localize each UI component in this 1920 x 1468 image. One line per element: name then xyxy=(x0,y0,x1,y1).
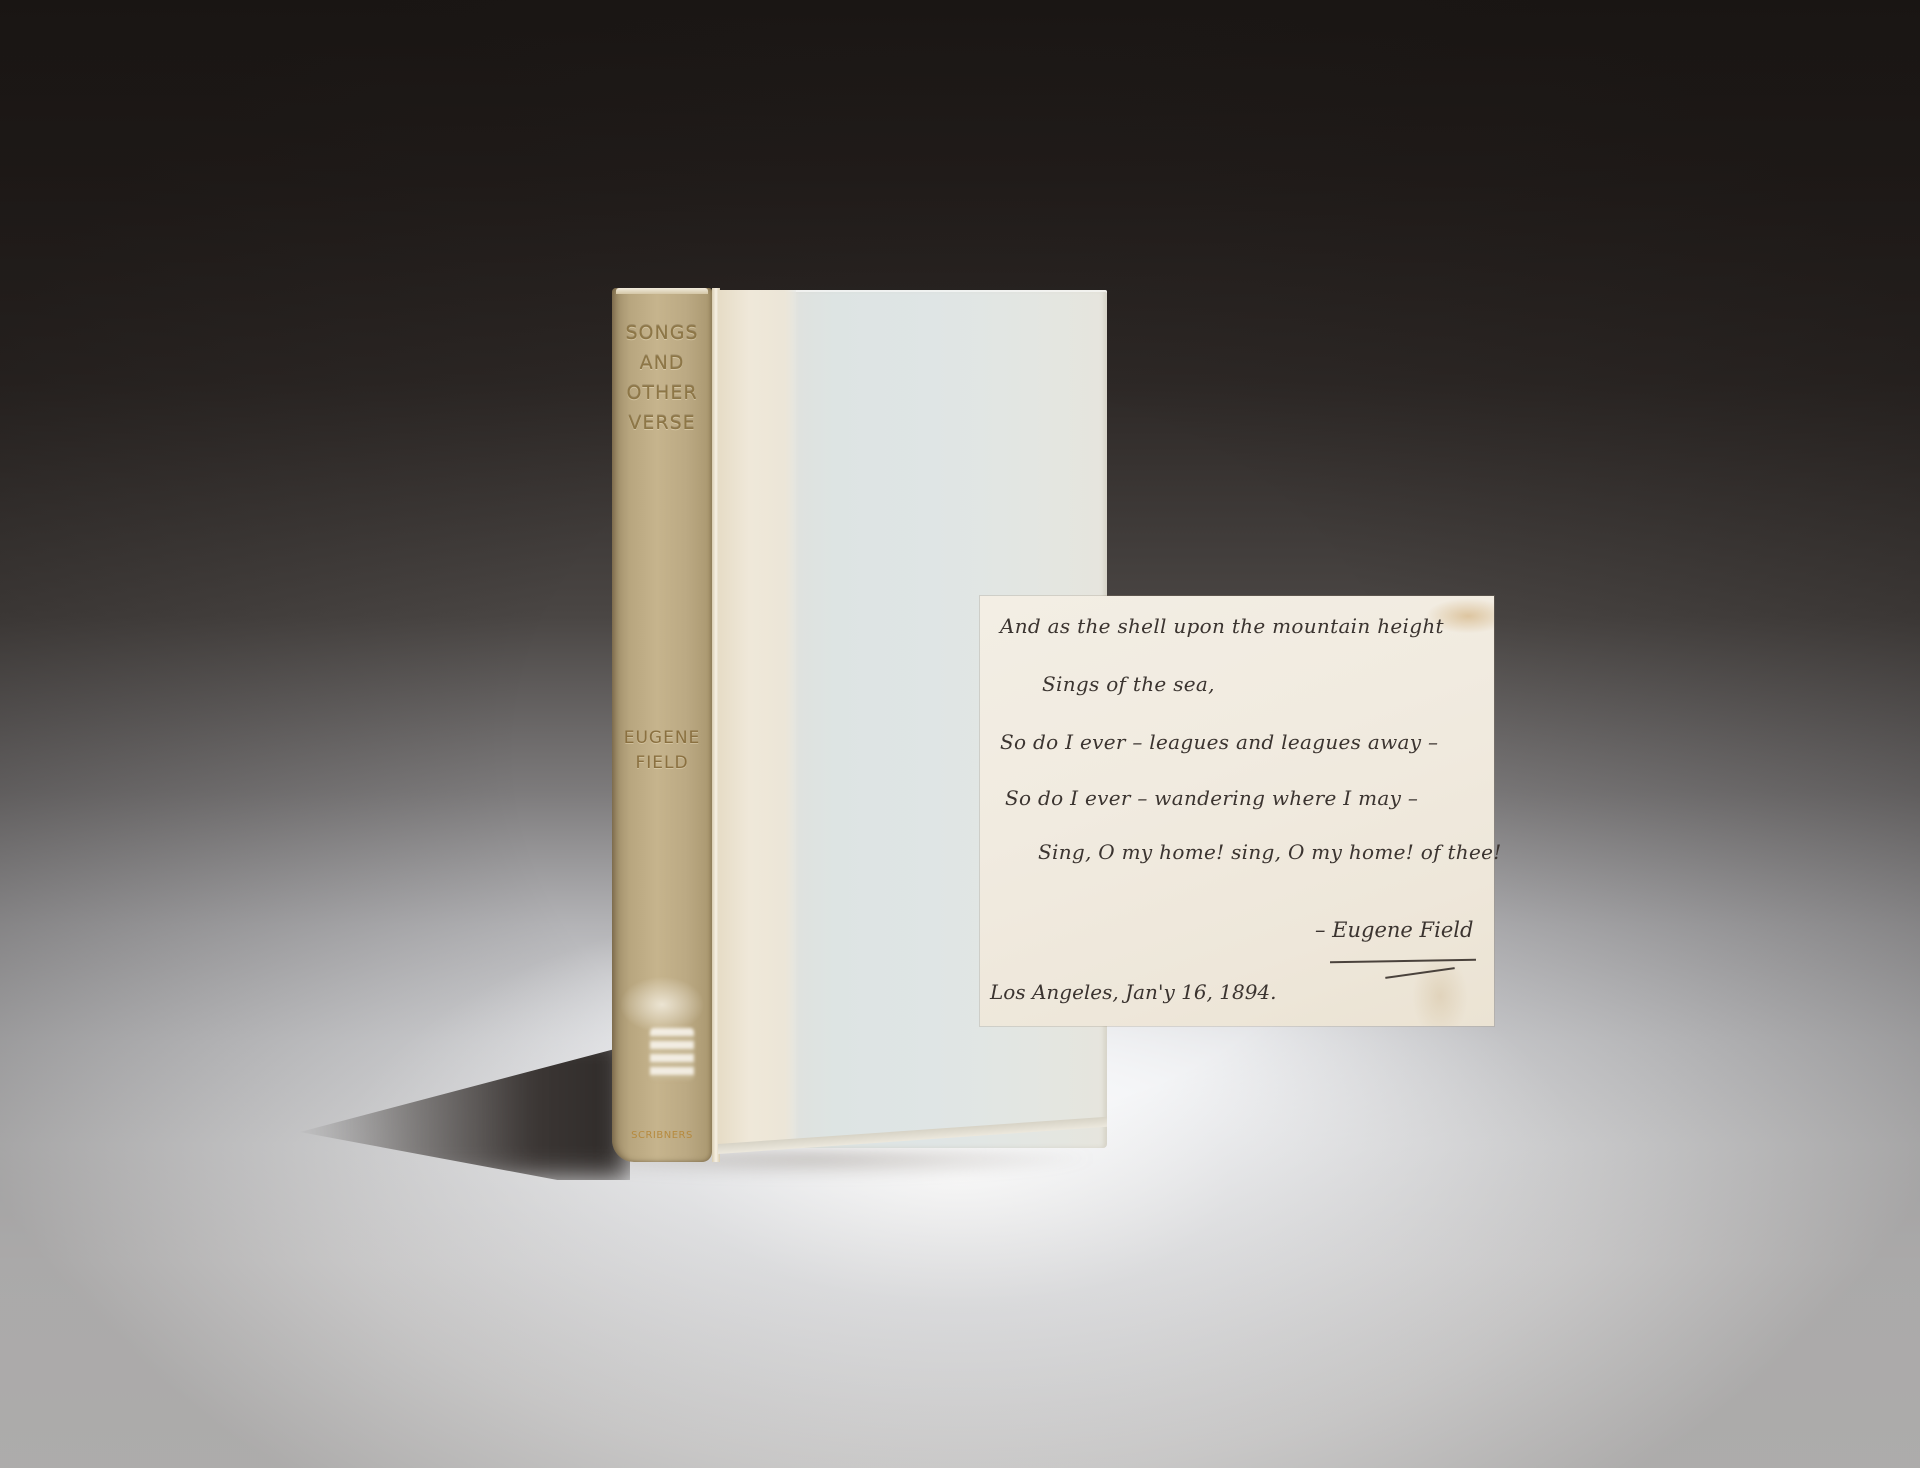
spine-top-edge xyxy=(616,288,708,294)
manuscript-line: So do I ever – leagues and leagues away … xyxy=(1000,730,1438,754)
manuscript-dateline: Los Angeles, Jan'y 16, 1894. xyxy=(990,980,1277,1004)
spine-author-line: EUGENE xyxy=(612,726,712,751)
signature-underline xyxy=(1330,959,1476,964)
spine-title-line: SONGS xyxy=(612,318,712,348)
manuscript-line: And as the shell upon the mountain heigh… xyxy=(1000,614,1444,638)
manuscript-line: Sing, O my home! sing, O my home! of the… xyxy=(1038,840,1502,864)
product-photo-scene: SONGS AND OTHER VERSE EUGENE FIELD SCRIB… xyxy=(0,0,1920,1468)
cover-vellum-turn-in xyxy=(718,290,796,1148)
manuscript-line: So do I ever – wandering where I may – xyxy=(1005,786,1418,810)
book-spine: SONGS AND OTHER VERSE EUGENE FIELD SCRIB… xyxy=(612,288,712,1162)
signature-flourish xyxy=(1385,967,1455,979)
spine-title: SONGS AND OTHER VERSE xyxy=(612,318,712,438)
autograph-manuscript-inset: And as the shell upon the mountain heigh… xyxy=(980,596,1494,1026)
spine-author-line: FIELD xyxy=(612,751,712,776)
spine-title-line: OTHER xyxy=(612,378,712,408)
manuscript-line: Sings of the sea, xyxy=(1042,672,1215,696)
spine-publisher: SCRIBNERS xyxy=(612,1130,712,1141)
spine-wear-mark xyxy=(650,1028,694,1080)
book-cast-shadow xyxy=(300,1030,630,1180)
spine-title-line: VERSE xyxy=(612,408,712,438)
author-signature: – Eugene Field xyxy=(1315,918,1473,942)
spine-title-line: AND xyxy=(612,348,712,378)
spine-author: EUGENE FIELD xyxy=(612,726,712,776)
